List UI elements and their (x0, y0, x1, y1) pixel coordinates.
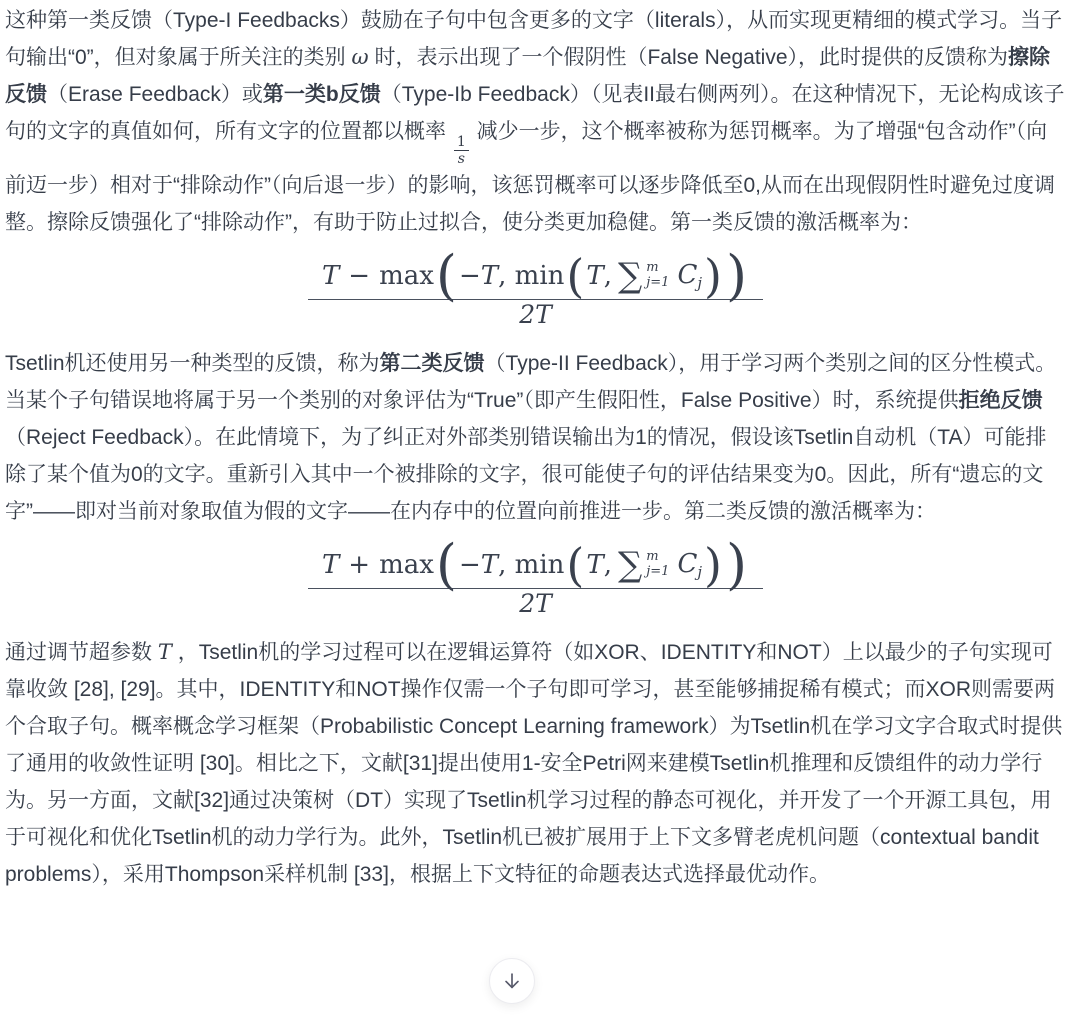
math-C: C (677, 549, 697, 579)
math-subscript-j: j (697, 563, 702, 581)
math-C: C (677, 260, 697, 290)
math-T: T (586, 550, 603, 580)
bold-type-ib-feedback: 第一类b反馈 (263, 83, 381, 106)
paragraph-type-i-feedback: 这种第一类反馈（Type-I Feedbacks）鼓励在子句中包含更多的文字（l… (5, 2, 1066, 241)
math-comma: , (498, 550, 515, 580)
math-subscript-j: j (697, 274, 702, 292)
paragraph-type-ii-feedback: Tsetlin机还使用另一种类型的反馈，称为第二类反馈（Type-II Feed… (5, 345, 1066, 530)
math-T: T (586, 261, 603, 291)
sum-upper-limit: m (646, 550, 658, 565)
text-run: ，Tsetlin机的学习过程可以在逻辑运算符（如XOR、IDENTITY和NOT… (5, 641, 1062, 886)
math-comma: , (604, 550, 612, 580)
math-T: T (322, 550, 339, 580)
math-minus-T: −T (459, 550, 498, 580)
text-run: （Reject Feedback）。在此情境下，为了纠正对外部类别错误输出为1的… (5, 426, 1047, 523)
math-max: max (379, 261, 434, 291)
formula-denominator: 2T (519, 294, 552, 329)
formula-denominator: 2T (519, 583, 552, 618)
math-max: max (379, 550, 434, 580)
arrow-down-icon (501, 970, 523, 992)
math-comma: , (498, 261, 515, 291)
math-operator: − (348, 261, 370, 291)
formula-type-ii-activation: T+max(−T, min(T,∑mj=1Cj)) 2T (5, 547, 1066, 619)
scroll-to-bottom-button[interactable] (489, 958, 535, 1004)
bold-reject-feedback: 拒绝反馈 (959, 389, 1043, 412)
fraction-numerator: 1 (454, 135, 469, 152)
sum-lower-limit: j=1 (646, 565, 669, 580)
sum-limits: mj=1 (646, 261, 669, 291)
math-T: T (322, 261, 339, 291)
math-omega: ω (352, 45, 369, 69)
math-comma: , (604, 261, 612, 291)
sum-upper-limit: m (646, 261, 658, 276)
document-body: 这种第一类反馈（Type-I Feedbacks）鼓励在子句中包含更多的文字（l… (0, 0, 1080, 893)
text-run: 通过调节超参数 (5, 641, 158, 664)
text-run: 时，表示出现了一个假阴性（False Negative），此时提供的反馈称为 (369, 46, 1008, 69)
display-fraction: T−max(−T, min(T,∑mj=1Cj)) 2T (308, 258, 763, 330)
bold-type-ii-feedback: 第二类反馈 (380, 352, 485, 375)
fraction-denominator: s (458, 151, 465, 167)
inline-fraction-1-over-s: 1s (454, 135, 469, 167)
math-min: min (515, 261, 565, 291)
text-run: （Erase Feedback）或 (47, 83, 263, 106)
display-fraction: T+max(−T, min(T,∑mj=1Cj)) 2T (308, 547, 763, 619)
math-T: T (158, 640, 172, 664)
formula-type-i-activation: T−max(−T, min(T,∑mj=1Cj)) 2T (5, 258, 1066, 330)
sum-lower-limit: j=1 (646, 276, 669, 291)
sum-limits: mj=1 (646, 550, 669, 580)
math-minus-T: −T (459, 261, 498, 291)
math-operator: + (348, 550, 370, 580)
paragraph-hyperparameter-T: 通过调节超参数 T ，Tsetlin机的学习过程可以在逻辑运算符（如XOR、ID… (5, 634, 1066, 893)
math-min: min (515, 550, 565, 580)
text-run: Tsetlin机还使用另一种类型的反馈，称为 (5, 352, 380, 375)
